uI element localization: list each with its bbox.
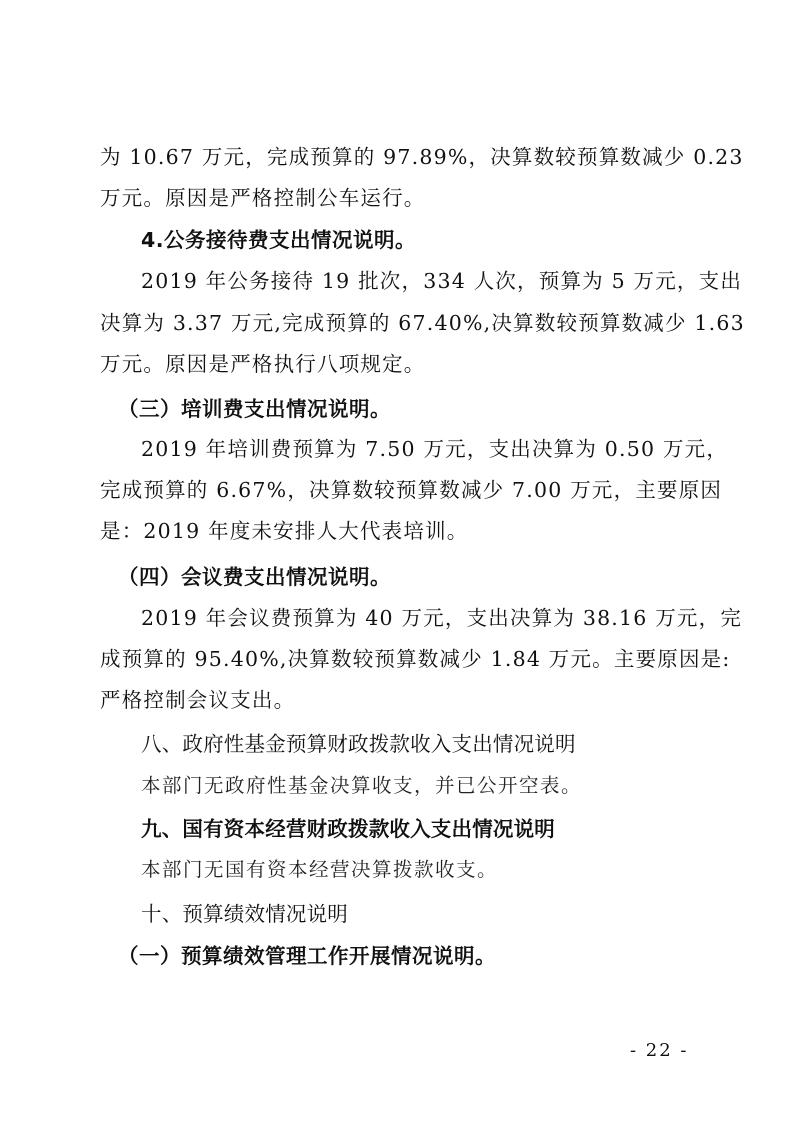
paragraph-line-training-3: 是：2019 年度未安排人大代表培训。	[100, 519, 688, 543]
paragraph-line-vehicle-cost-end-1: 为 10.67 万元，完成预算的 97.89%，决算数较预算数减少 0.23	[100, 145, 688, 169]
paragraph-government-fund: 本部门无政府性基金决算收支，并已公开空表。	[141, 774, 688, 798]
subheading-meeting-cost: （四）会议费支出情况说明。	[118, 565, 706, 589]
document-page: 为 10.67 万元，完成预算的 97.89%，决算数较预算数减少 0.23 万…	[0, 0, 793, 1122]
paragraph-line-meeting-2: 成预算的 95.40%,决算数较预算数减少 1.84 万元。主要原因是:	[100, 647, 688, 671]
subheading-performance-management: （一）预算绩效管理工作开展情况说明。	[118, 944, 706, 968]
subheading-training-cost: （三）培训费支出情况说明。	[118, 397, 706, 421]
paragraph-line-training-2: 完成预算的 6.67%，决算数较预算数减少 7.00 万元，主要原因	[100, 478, 688, 502]
paragraph-line-reception-3: 万元。原因是严格执行八项规定。	[100, 352, 688, 376]
section-heading-government-fund: 八、政府性基金预算财政拨款收入支出情况说明	[141, 732, 688, 756]
section-heading-performance: 十、预算绩效情况说明	[141, 902, 688, 926]
paragraph-line-training-1: 2019 年培训费预算为 7.50 万元，支出决算为 0.50 万元，	[141, 437, 688, 461]
subheading-reception-cost: 4.公务接待费支出情况说明。	[141, 228, 688, 252]
paragraph-line-reception-1: 2019 年公务接待 19 批次，334 人次，预算为 5 万元，支出	[141, 269, 688, 293]
paragraph-line-vehicle-cost-end-2: 万元。原因是严格控制公车运行。	[100, 186, 688, 210]
page-number: - 22 -	[630, 1040, 689, 1061]
paragraph-line-reception-2: 决算为 3.37 万元,完成预算的 67.40%,决算数较预算数减少 1.63	[100, 311, 688, 335]
paragraph-line-meeting-1: 2019 年会议费预算为 40 万元，支出决算为 38.16 万元，完	[141, 606, 688, 630]
section-heading-state-capital: 九、国有资本经营财政拨款收入支出情况说明	[141, 817, 688, 841]
paragraph-line-meeting-3: 严格控制会议支出。	[100, 688, 688, 712]
paragraph-state-capital: 本部门无国有资本经营决算拨款收支。	[141, 858, 688, 882]
